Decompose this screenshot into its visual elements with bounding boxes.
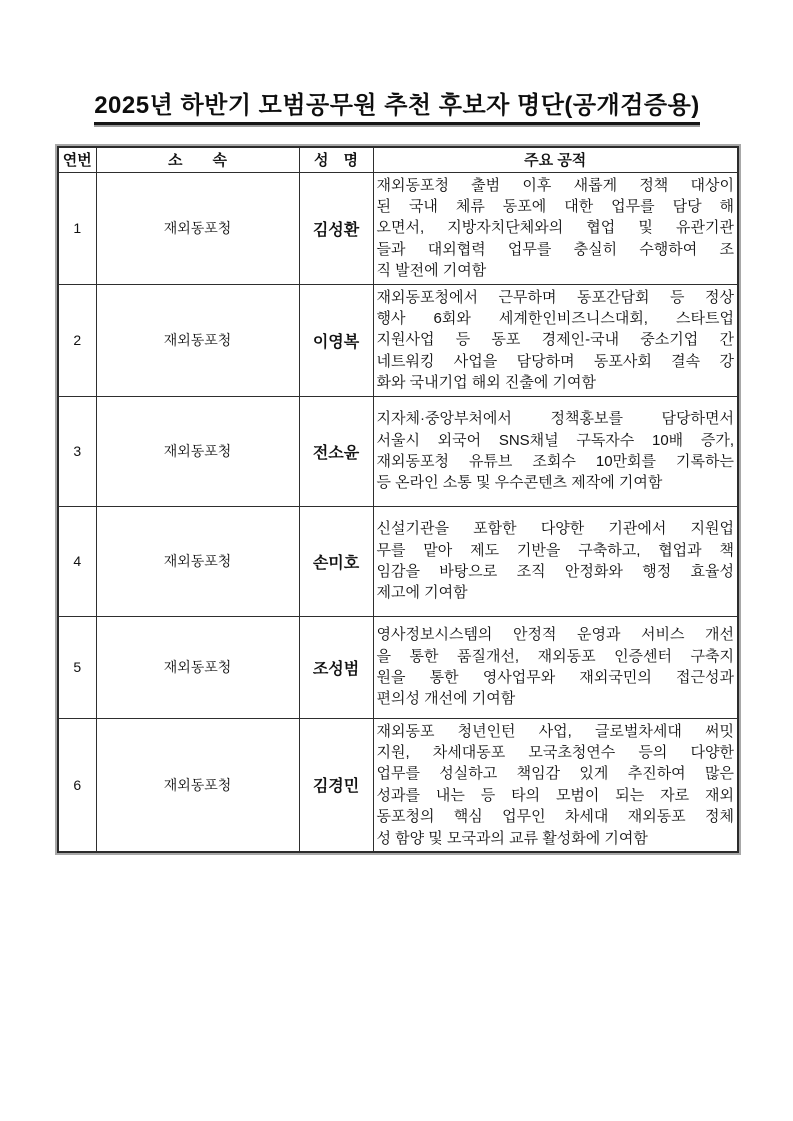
col-header-affiliation: 소 속 <box>96 147 299 172</box>
achievement-line: 오면서, 지방자치단체와의 협업 및 유관기관 <box>377 217 735 238</box>
col-header-achievement: 주요 공적 <box>373 147 738 172</box>
col-header-name: 성 명 <box>299 147 373 172</box>
cell-achievement: 영사정보시스템의 안정적 운영과 서비스 개선을 통한 품질개선, 재외동포 인… <box>373 616 738 718</box>
achievement-line: 성과를 내는 등 타의 모범이 되는 자로 재외 <box>377 785 735 806</box>
achievement-line: 재외동포청에서 근무하며 동포간담회 등 정상 <box>377 287 735 308</box>
achievement-line: 직 발전에 기여함 <box>377 260 735 281</box>
cell-affiliation: 재외동포청 <box>96 718 299 852</box>
table-row: 3 재외동포청 전소윤 지자체·중앙부처에서 정책홍보를 담당하면서서울시 외국… <box>58 396 738 506</box>
achievement-line: 행사 6회와 세계한인비즈니스대회, 스타트업 <box>377 308 735 329</box>
table-row: 4 재외동포청 손미호 신설기관을 포함한 다양한 기관에서 지원업무를 맡아 … <box>58 506 738 616</box>
achievement-line: 재외동포 청년인턴 사업, 글로벌차세대 써밋 <box>377 721 735 742</box>
achievement-line: 영사정보시스템의 안정적 운영과 서비스 개선 <box>377 624 735 645</box>
cell-affiliation: 재외동포청 <box>96 172 299 284</box>
cell-no: 4 <box>58 506 96 616</box>
achievement-line: 지자체·중앙부처에서 정책홍보를 담당하면서 <box>377 408 735 429</box>
achievement-line: 서울시 외국어 SNS채널 구독자수 10배 증가, <box>377 430 735 451</box>
achievement-line: 제고에 기여함 <box>377 582 735 603</box>
achievement-line: 재외동포청 유튜브 조회수 10만회를 기록하는 <box>377 451 735 472</box>
candidate-table: 연번 소 속 성 명 주요 공적 1 재외동포청 김성환 재외동포청 출범 이후… <box>57 146 739 853</box>
cell-affiliation: 재외동포청 <box>96 506 299 616</box>
achievement-line: 업무를 성실하고 책임감 있게 추진하여 많은 <box>377 763 735 784</box>
achievement-line: 화와 국내기업 해외 진출에 기여함 <box>377 372 735 393</box>
page-title: 2025년 하반기 모범공무원 추천 후보자 명단(공개검증용) <box>57 84 737 125</box>
cell-no: 6 <box>58 718 96 852</box>
achievement-line: 된 국내 체류 동포에 대한 업무를 담당 해 <box>377 196 735 217</box>
cell-no: 1 <box>58 172 96 284</box>
cell-affiliation: 재외동포청 <box>96 284 299 396</box>
cell-name: 김경민 <box>299 718 373 852</box>
document-page: 2025년 하반기 모범공무원 추천 후보자 명단(공개검증용) 연번 소 속 … <box>0 0 793 1121</box>
cell-achievement: 재외동포청에서 근무하며 동포간담회 등 정상행사 6회와 세계한인비즈니스대회… <box>373 284 738 396</box>
achievement-line: 편의성 개선에 기여함 <box>377 688 735 709</box>
achievement-line: 재외동포청 출범 이후 새롭게 정책 대상이 <box>377 175 735 196</box>
cell-name: 김성환 <box>299 172 373 284</box>
achievement-line: 네트워킹 사업을 담당하며 동포사회 결속 강 <box>377 351 735 372</box>
achievement-line: 원을 통한 영사업무와 재외국민의 접근성과 <box>377 667 735 688</box>
table-row: 1 재외동포청 김성환 재외동포청 출범 이후 새롭게 정책 대상이된 국내 체… <box>58 172 738 284</box>
cell-achievement: 재외동포청 출범 이후 새롭게 정책 대상이된 국내 체류 동포에 대한 업무를… <box>373 172 738 284</box>
cell-no: 3 <box>58 396 96 506</box>
cell-name: 이영복 <box>299 284 373 396</box>
achievement-line: 성 함양 및 모국과의 교류 활성화에 기여함 <box>377 828 735 849</box>
achievement-line: 들과 대외협력 업무를 충실히 수행하여 조 <box>377 239 735 260</box>
achievement-line: 지원사업 등 동포 경제인-국내 중소기업 간 <box>377 329 735 350</box>
table-row: 6 재외동포청 김경민 재외동포 청년인턴 사업, 글로벌차세대 써밋지원, 차… <box>58 718 738 852</box>
cell-achievement: 지자체·중앙부처에서 정책홍보를 담당하면서서울시 외국어 SNS채널 구독자수… <box>373 396 738 506</box>
achievement-line: 등 온라인 소통 및 우수콘텐츠 제작에 기여함 <box>377 472 735 493</box>
page-title-text: 2025년 하반기 모범공무원 추천 후보자 명단(공개검증용) <box>94 85 700 125</box>
cell-no: 5 <box>58 616 96 718</box>
achievement-line: 신설기관을 포함한 다양한 기관에서 지원업 <box>377 518 735 539</box>
cell-name: 손미호 <box>299 506 373 616</box>
cell-name: 전소윤 <box>299 396 373 506</box>
cell-affiliation: 재외동포청 <box>96 616 299 718</box>
achievement-line: 무를 맡아 제도 기반을 구축하고, 협업과 책 <box>377 540 735 561</box>
cell-achievement: 재외동포 청년인턴 사업, 글로벌차세대 써밋지원, 차세대동포 모국초청연수 … <box>373 718 738 852</box>
table-row: 2 재외동포청 이영복 재외동포청에서 근무하며 동포간담회 등 정상행사 6회… <box>58 284 738 396</box>
table-header-row: 연번 소 속 성 명 주요 공적 <box>58 147 738 172</box>
table-row: 5 재외동포청 조성범 영사정보시스템의 안정적 운영과 서비스 개선을 통한 … <box>58 616 738 718</box>
achievement-line: 임감을 바탕으로 조직 안정화와 행정 효율성 <box>377 561 735 582</box>
cell-name: 조성범 <box>299 616 373 718</box>
cell-no: 2 <box>58 284 96 396</box>
col-header-no: 연번 <box>58 147 96 172</box>
cell-affiliation: 재외동포청 <box>96 396 299 506</box>
cell-achievement: 신설기관을 포함한 다양한 기관에서 지원업무를 맡아 제도 기반을 구축하고,… <box>373 506 738 616</box>
achievement-line: 지원, 차세대동포 모국초청연수 등의 다양한 <box>377 742 735 763</box>
achievement-line: 을 통한 품질개선, 재외동포 인증센터 구축지 <box>377 646 735 667</box>
achievement-line: 동포청의 핵심 업무인 차세대 재외동포 정체 <box>377 806 735 827</box>
